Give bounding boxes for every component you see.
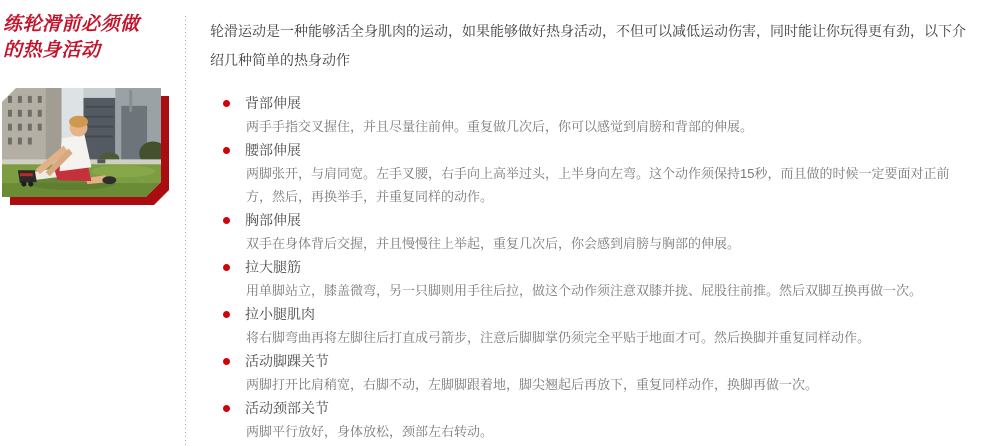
exercise-description: 两手手指交叉握住，并且尽量往前伸。重复做几次后，你可以感觉到肩膀和背部的伸展。	[210, 115, 972, 138]
exercise-heading: 胸部伸展	[245, 208, 301, 232]
exercise-item: 胸部伸展 双手在身体背后交握，并且慢慢往上举起，重复几次后，你会感到肩膀与胸部的…	[210, 208, 972, 255]
warmup-article-page: 练轮滑前必须做的热身活动	[0, 0, 982, 446]
exercise-item: 腰部伸展 两脚张开，与肩同宽。左手叉腰，右手向上高举过头，上半身向左弯。这个动作…	[210, 138, 972, 208]
exercise-heading-row: 拉小腿肌肉	[210, 302, 972, 326]
exercise-heading-row: 胸部伸展	[210, 208, 972, 232]
bullet-icon	[223, 147, 230, 154]
sidebar: 练轮滑前必须做的热身活动	[0, 0, 186, 446]
exercise-heading-row: 背部伸展	[210, 91, 972, 115]
exercise-item: 背部伸展 两手手指交叉握住，并且尽量往前伸。重复做几次后，你可以感觉到肩膀和背部…	[210, 91, 972, 138]
exercise-description: 两脚打开比肩稍宽，右脚不动，左脚脚跟着地，脚尖翘起后再放下，重复同样动作，换脚再…	[210, 373, 972, 396]
bullet-icon	[223, 264, 230, 271]
exercise-description: 两脚张开，与肩同宽。左手叉腰，右手向上高举过头，上半身向左弯。这个动作须保持15…	[210, 162, 972, 208]
bullet-icon	[223, 217, 230, 224]
exercise-heading-row: 活动颈部关节	[210, 396, 972, 420]
stretching-photo	[2, 88, 169, 205]
bullet-icon	[223, 358, 230, 365]
exercise-heading-row: 腰部伸展	[210, 138, 972, 162]
exercise-heading: 拉小腿肌肉	[245, 302, 315, 326]
exercise-description: 双手在身体背后交握，并且慢慢往上举起，重复几次后，你会感到肩膀与胸部的伸展。	[210, 232, 972, 255]
exercise-item: 活动颈部关节 两脚平行放好，身体放松，颈部左右转动。	[210, 396, 972, 443]
bullet-icon	[223, 100, 230, 107]
exercise-item: 拉小腿肌肉 将右脚弯曲再将左脚往后打直成弓箭步，注意后脚脚掌仍须完全平贴于地面才…	[210, 302, 972, 349]
exercise-description: 将右脚弯曲再将左脚往后打直成弓箭步，注意后脚脚掌仍须完全平贴于地面才可。然后换脚…	[210, 326, 972, 349]
exercise-heading-row: 活动脚踝关节	[210, 349, 972, 373]
exercise-heading-row: 拉大腿筋	[210, 255, 972, 279]
exercise-heading: 活动脚踝关节	[245, 349, 329, 373]
dotted-divider	[185, 16, 186, 446]
page-title: 练轮滑前必须做的热身活动	[3, 12, 153, 64]
intro-paragraph: 轮滑运动是一种能够活全身肌肉的运动，如果能够做好热身活动，不但可以减低运动伤害，…	[210, 17, 972, 75]
exercise-heading: 背部伸展	[245, 91, 301, 115]
exercise-item: 活动脚踝关节 两脚打开比肩稍宽，右脚不动，左脚脚跟着地，脚尖翘起后再放下，重复同…	[210, 349, 972, 396]
exercise-item: 拉大腿筋 用单脚站立，膝盖微弯，另一只脚则用手往后拉，做这个动作须注意双膝并拢、…	[210, 255, 972, 302]
exercise-description: 用单脚站立，膝盖微弯，另一只脚则用手往后拉，做这个动作须注意双膝并拢、屁股往前推…	[210, 279, 972, 302]
exercise-list: 背部伸展 两手手指交叉握住，并且尽量往前伸。重复做几次后，你可以感觉到肩膀和背部…	[210, 91, 972, 443]
exercise-description: 两脚平行放好，身体放松，颈部左右转动。	[210, 420, 972, 443]
exercise-heading: 拉大腿筋	[245, 255, 301, 279]
bullet-icon	[223, 311, 230, 318]
exercise-heading: 腰部伸展	[245, 138, 301, 162]
bullet-icon	[223, 405, 230, 412]
exercise-heading: 活动颈部关节	[245, 396, 329, 420]
man-stretching-photo-image	[2, 88, 161, 197]
article-content: 轮滑运动是一种能够活全身肌肉的运动，如果能够做好热身活动，不但可以减低运动伤害，…	[210, 0, 972, 443]
